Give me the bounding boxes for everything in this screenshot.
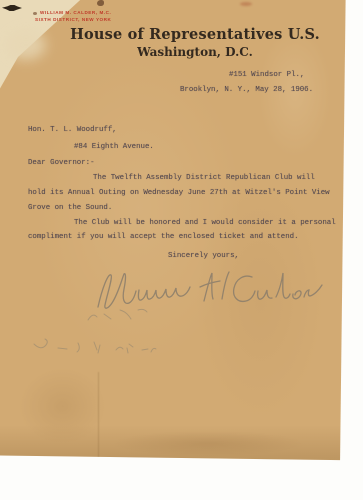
letter-paper: WILLIAM M. CALDER, M.C. SIXTH DISTRICT, … xyxy=(0,0,347,462)
body-para1-line1: The Twelfth Assembly District Republican… xyxy=(93,174,315,182)
letterhead-organization: House of Representatives U.S. xyxy=(0,26,363,43)
dateline-street: #151 Windsor Pl., xyxy=(229,71,304,79)
letterhead-city: Washington, D.C. xyxy=(0,45,363,59)
dateline-city-date: Brooklyn, N. Y., May 28, 1906. xyxy=(180,86,313,94)
pencil-shorthand-notes xyxy=(30,306,200,364)
paper-smudge xyxy=(240,2,252,6)
body-para2-line1: The Club will be honored and I would con… xyxy=(74,219,336,227)
body-para1-line2: hold its Annual Outing on Wednesday June… xyxy=(28,189,330,197)
paper-speck xyxy=(33,12,37,15)
closing: Sincerely yours, xyxy=(168,252,239,260)
paper-speck xyxy=(97,0,104,6)
salutation: Dear Governor:- xyxy=(28,159,95,167)
body-para1-line3: Grove on the Sound. xyxy=(28,204,112,212)
letterhead-sender-district: SIXTH DISTRICT, NEW YORK xyxy=(35,17,111,22)
photograph-of-letter: WILLIAM M. CALDER, M.C. SIXTH DISTRICT, … xyxy=(0,0,363,500)
recipient-name: Hon. T. L. Woodruff, xyxy=(28,126,117,134)
body-para2-line2: compliment if you will accept the enclos… xyxy=(28,233,299,241)
recipient-street: #84 Eighth Avenue. xyxy=(74,143,154,151)
letterhead-sender-name: WILLIAM M. CALDER, M.C. xyxy=(40,10,111,15)
paper-crease xyxy=(98,372,99,460)
